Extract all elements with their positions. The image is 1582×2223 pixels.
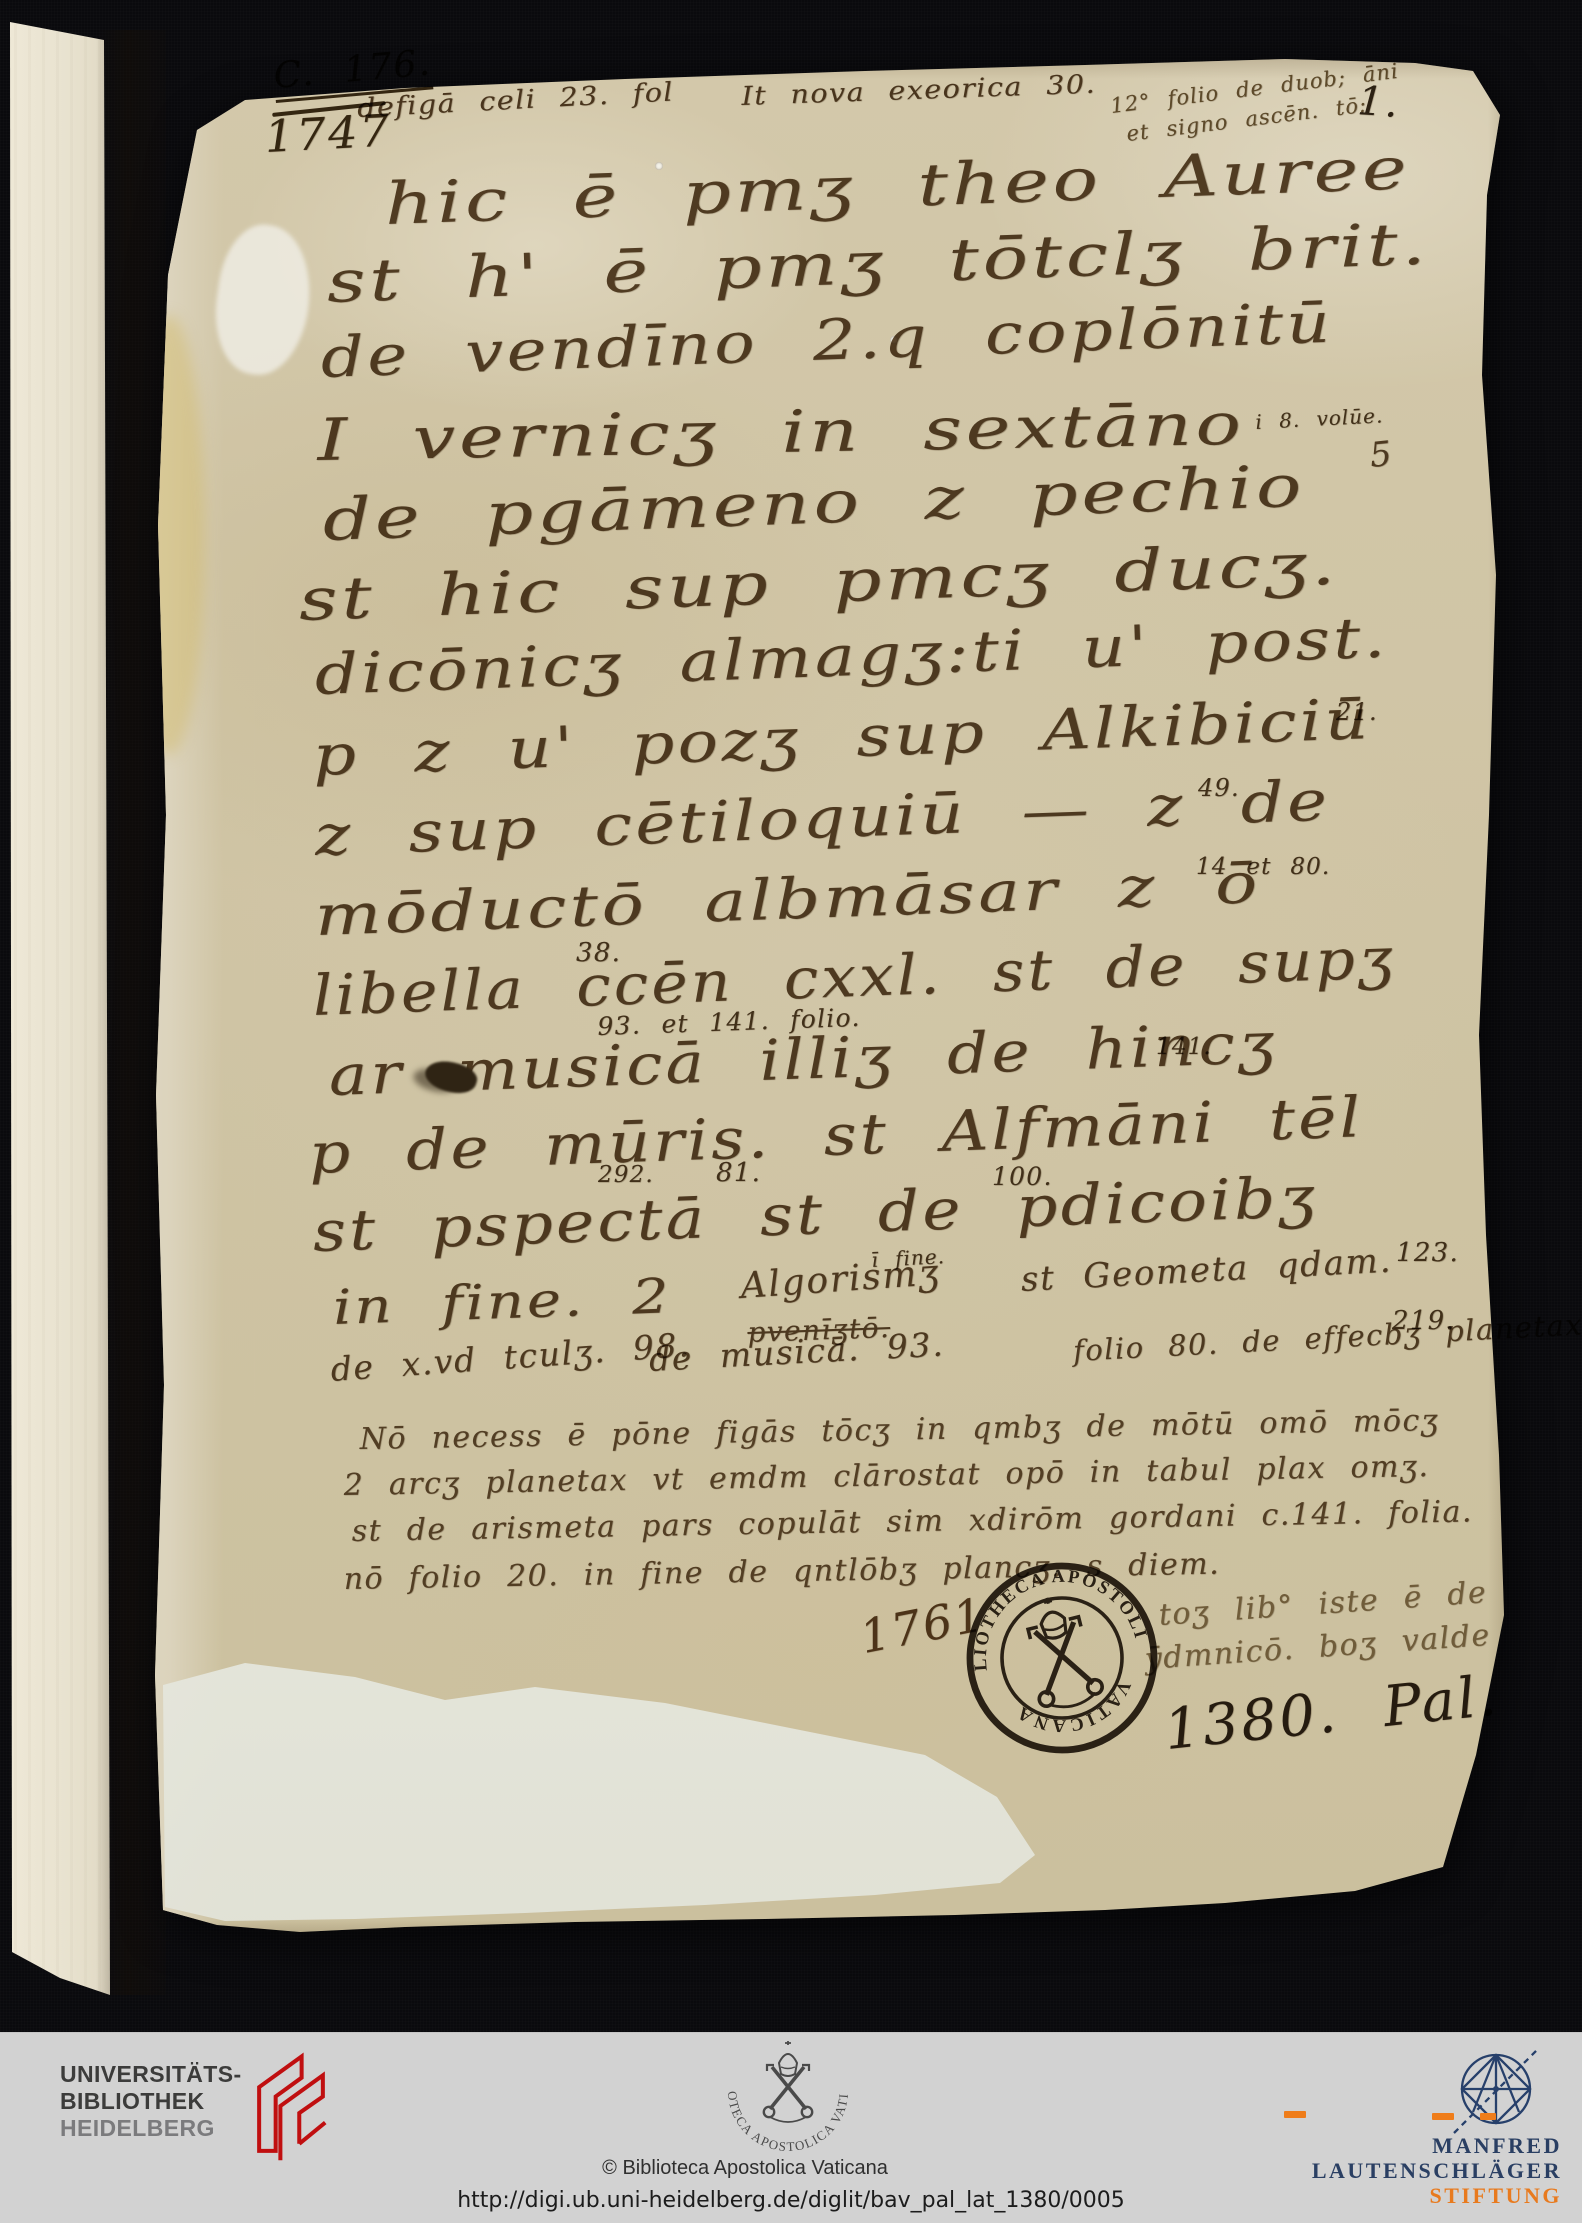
ub-heidelberg-book-icon — [248, 2047, 334, 2165]
mls-orange-dash — [1480, 2113, 1496, 2120]
manuscript-line: 2 arcʒ planetax vt emdm clārostat opō in… — [343, 1449, 1429, 1503]
manuscript-line: 123. — [1396, 1238, 1459, 1268]
svg-text:BIBLIOTECA APOSTOLICA VATICANA: BIBLIOTECA APOSTOLICA VATICANA — [673, 2035, 851, 2154]
manuscript-line: 292. — [598, 1162, 654, 1188]
vatican-arc-text: BIBLIOTECA APOSTOLICA VATICANA — [673, 2035, 851, 2154]
mls-logo: MANFRED LAUTENSCHLÄGER STIFTUNG — [1248, 2033, 1568, 2223]
document-url[interactable]: http://digi.ub.uni-heidelberg.de/diglit/… — [457, 2188, 1125, 2213]
manuscript-line: It nova exeorica 30. — [741, 70, 1097, 112]
ub-heidelberg-logo-text: UNIVERSITÄTS- BIBLIOTHEK HEIDELBERG — [60, 2061, 242, 2142]
manuscript-line: Nō necess ē pōne figās tōcʒ in qmbʒ de m… — [359, 1403, 1439, 1457]
manuscript-line: 81. — [716, 1158, 761, 1188]
digitized-page-photo: C. 176.1747defigā celi 23. folIt nova ex… — [0, 0, 1582, 2223]
manuscript-line: Algorismʒ — [739, 1252, 941, 1307]
manuscript-line: 1380. Pal. — [1161, 1663, 1502, 1763]
vatican-keys-icon — [764, 2041, 812, 2122]
mls-line2: LAUTENSCHLÄGER — [1312, 2158, 1562, 2183]
mls-orange-dash — [1284, 2111, 1306, 2118]
manuscript-line: 141. — [1156, 1034, 1212, 1060]
manuscript-line: st de arismeta pars copulāt sim xdirōm g… — [351, 1494, 1473, 1549]
ub-line2: BIBLIOTHEK — [60, 2088, 242, 2115]
handwriting-layer: C. 176.1747defigā celi 23. folIt nova ex… — [0, 0, 1582, 2030]
stamp-arc-bottom-text: VATICANA — [1008, 1674, 1143, 1749]
vatican-footer-emblem: BIBLIOTECA APOSTOLICA VATICANA — [673, 2035, 903, 2157]
manuscript-line: 1. — [1356, 78, 1401, 127]
mls-line3: STIFTUNG — [1312, 2183, 1562, 2208]
vatican-copyright: © Biblioteca Apostolica Vaticana — [602, 2157, 888, 2180]
manuscript-line: 5 — [1368, 434, 1395, 476]
manuscript-line: 21. — [1336, 698, 1378, 726]
ub-line3: HEIDELBERG — [60, 2115, 242, 2142]
manuscript-line: de x.vd tculʒ. 98. — [329, 1325, 691, 1389]
manuscript-line: de musicā. 93. — [648, 1325, 945, 1379]
mls-line1: MANFRED — [1312, 2133, 1562, 2158]
mls-logo-text: MANFRED LAUTENSCHLÄGER STIFTUNG — [1312, 2133, 1562, 2208]
manuscript-line: 49. — [1198, 774, 1240, 802]
manuscript-line: 14 et 80. — [1196, 854, 1330, 880]
ub-line1: UNIVERSITÄTS- — [60, 2061, 242, 2088]
manuscript-line: folio 80. de effecbʒ planetax: — [1072, 1307, 1582, 1368]
svg-text:VATICANA: VATICANA — [1008, 1674, 1143, 1749]
manuscript-line: mōductō albmāsar z ō — [314, 851, 1262, 949]
manuscript-line: i 8. volūe. — [1255, 403, 1384, 434]
mls-orange-dash — [1432, 2113, 1454, 2120]
viewer-footer: UNIVERSITÄTS- BIBLIOTHEK HEIDELBERG — [0, 2032, 1582, 2223]
manuscript-line: st Geometa qdam. — [1020, 1241, 1393, 1300]
manuscript-line: in fine. 2 — [332, 1268, 672, 1336]
